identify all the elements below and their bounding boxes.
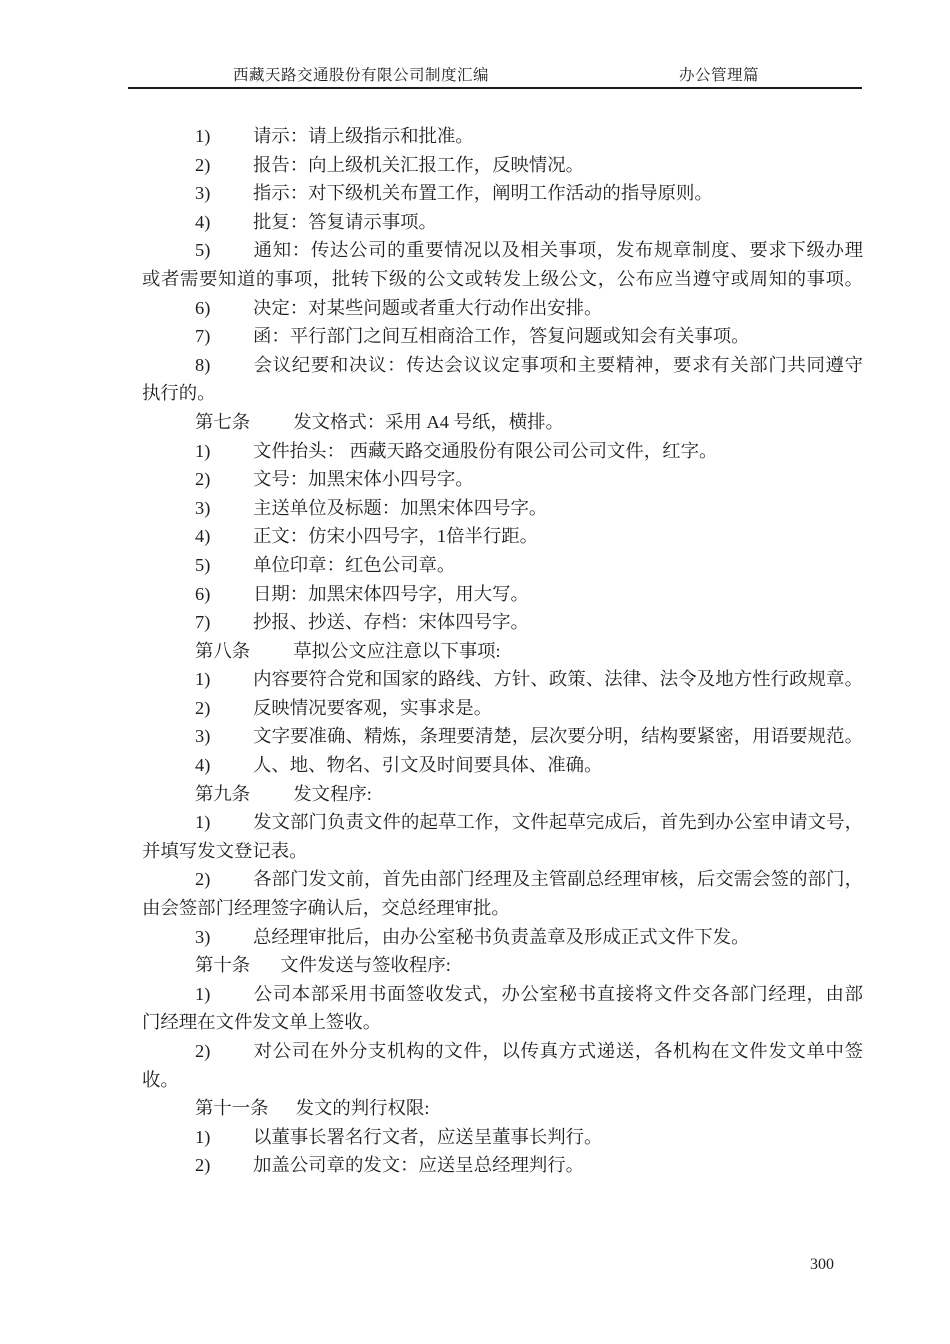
list-item-number: 3) <box>195 722 253 751</box>
line-text: 内容要符合党和国家的路线、方针、政策、法律、法令及地方性行政规章。 <box>253 669 863 689</box>
line-text: 执行的。 <box>142 383 216 403</box>
list-item-number: 7) <box>195 322 253 351</box>
list-item-line: 4)批复：答复请示事项。 <box>142 208 863 237</box>
list-item-line: 7)函：平行部门之间互相商洽工作，答复问题或知会有关事项。 <box>142 322 863 351</box>
line-text: 发文格式：采用 A4 号纸，横排。 <box>293 412 564 432</box>
list-item-number: 4) <box>195 751 253 780</box>
list-item-number: 2) <box>195 151 253 180</box>
line-text: 各部门发文前，首先由部门经理及主管副总经理审核，后交需会签的部门， <box>253 869 863 889</box>
list-item-line: 1)内容要符合党和国家的路线、方针、政策、法律、法令及地方性行政规章。 <box>142 665 863 694</box>
line-text: 加盖公司章的发文：应送呈总经理判行。 <box>253 1155 584 1175</box>
continuation-line: 执行的。 <box>142 379 863 408</box>
list-item-line: 3)主送单位及标题：加黑宋体四号字。 <box>142 494 863 523</box>
tab-spacer <box>250 656 293 657</box>
list-item-number: 6) <box>195 580 253 609</box>
tab-spacer <box>269 1113 296 1114</box>
article-label: 第十条 <box>195 955 250 975</box>
article-label: 第九条 <box>195 784 250 804</box>
article-heading-line: 第十条文件发送与签收程序: <box>142 951 863 980</box>
list-item-line: 2)文号：加黑宋体小四号字。 <box>142 465 863 494</box>
list-item-line: 1)以董事长署名行文者，应送呈董事长判行。 <box>142 1123 863 1152</box>
article-heading-line: 第八条草拟公文应注意以下事项: <box>142 637 863 666</box>
list-item-line: 2)各部门发文前，首先由部门经理及主管副总经理审核，后交需会签的部门， <box>142 865 863 894</box>
line-text: 会议纪要和决议：传达会议议定事项和主要精神，要求有关部门共同遵守 <box>253 355 863 375</box>
list-item-line: 4)正文：仿宋小四号字，1倍半行距。 <box>142 522 863 551</box>
line-text: 文号：加黑宋体小四号字。 <box>253 469 474 489</box>
line-text: 人、地、物名、引文及时间要具体、准确。 <box>253 755 602 775</box>
line-text: 日期：加黑宋体四号字，用大写。 <box>253 584 529 604</box>
line-text: 由会签部门经理签字确认后，交总经理审批。 <box>142 898 510 918</box>
continuation-line: 门经理在文件发文单上签收。 <box>142 1008 863 1037</box>
line-text: 或者需要知道的事项，批转下级的公文或转发上级公文，公布应当遵守或周知的事项。 <box>142 269 863 289</box>
article-heading-line: 第十一条发文的判行权限: <box>142 1094 863 1123</box>
article-label: 第十一条 <box>195 1098 269 1118</box>
line-text: 对公司在外分支机构的文件，以传真方式递送，各机构在文件发文单中签 <box>253 1041 863 1061</box>
continuation-line: 由会签部门经理签字确认后，交总经理审批。 <box>142 894 863 923</box>
line-text: 报告：向上级机关汇报工作，反映情况。 <box>253 155 584 175</box>
list-item-number: 4) <box>195 522 253 551</box>
list-item-line: 2)对公司在外分支机构的文件，以传真方式递送，各机构在文件发文单中签 <box>142 1037 863 1066</box>
page-header-section: 办公管理篇 <box>679 63 759 85</box>
line-text: 门经理在文件发文单上签收。 <box>142 1012 381 1032</box>
line-text: 总经理审批后，由办公室秘书负责盖章及形成正式文件下发。 <box>253 927 750 947</box>
line-text: 正文：仿宋小四号字，1倍半行距。 <box>253 526 538 546</box>
list-item-number: 2) <box>195 1037 253 1066</box>
list-item-line: 6)日期：加黑宋体四号字，用大写。 <box>142 580 863 609</box>
article-heading-line: 第七条发文格式：采用 A4 号纸，横排。 <box>142 408 863 437</box>
list-item-number: 8) <box>195 351 253 380</box>
list-item-number: 5) <box>195 551 253 580</box>
list-item-line: 3)指示：对下级机关布置工作，阐明工作活动的指导原则。 <box>142 179 863 208</box>
list-item-number: 6) <box>195 294 253 323</box>
list-item-number: 2) <box>195 865 253 894</box>
list-item-line: 8)会议纪要和决议：传达会议议定事项和主要精神，要求有关部门共同遵守 <box>142 351 863 380</box>
line-text: 抄报、抄送、存档：宋体四号字。 <box>253 612 529 632</box>
list-item-number: 3) <box>195 179 253 208</box>
continuation-line: 收。 <box>142 1066 863 1095</box>
list-item-line: 1)公司本部采用书面签收发式，办公室秘书直接将文件交各部门经理，由部 <box>142 980 863 1009</box>
list-item-line: 5)通知：传达公司的重要情况以及相关事项，发布规章制度、要求下级办理 <box>142 236 863 265</box>
header-divider-rule <box>128 87 862 89</box>
list-item-line: 2)加盖公司章的发文：应送呈总经理判行。 <box>142 1151 863 1180</box>
list-item-number: 1) <box>195 437 253 466</box>
line-text: 主送单位及标题：加黑宋体四号字。 <box>253 498 547 518</box>
list-item-line: 1)请示：请上级指示和批准。 <box>142 122 863 151</box>
list-item-number: 2) <box>195 1151 253 1180</box>
line-text: 并填写发文登记表。 <box>142 841 308 861</box>
tab-spacer <box>250 427 293 428</box>
document-body: 1)请示：请上级指示和批准。2)报告：向上级机关汇报工作，反映情况。3)指示：对… <box>142 122 863 1180</box>
list-item-number: 2) <box>195 465 253 494</box>
list-item-number: 1) <box>195 122 253 151</box>
line-text: 发文部门负责文件的起草工作，文件起草完成后，首先到办公室申请文号， <box>253 812 863 832</box>
list-item-line: 1)文件抬头： 西藏天路交通股份有限公司公司文件，红字。 <box>142 437 863 466</box>
list-item-number: 3) <box>195 923 253 952</box>
document-page: 西藏天路交通股份有限公司制度汇编 办公管理篇 1)请示：请上级指示和批准。2)报… <box>0 0 950 1344</box>
list-item-line: 4)人、地、物名、引文及时间要具体、准确。 <box>142 751 863 780</box>
article-label: 第七条 <box>195 412 250 432</box>
continuation-line: 或者需要知道的事项，批转下级的公文或转发上级公文，公布应当遵守或周知的事项。 <box>142 265 863 294</box>
list-item-number: 1) <box>195 980 253 1009</box>
line-text: 草拟公文应注意以下事项: <box>293 641 500 661</box>
article-label: 第八条 <box>195 641 250 661</box>
list-item-line: 6)决定：对某些问题或者重大行动作出安排。 <box>142 294 863 323</box>
line-text: 公司本部采用书面签收发式，办公室秘书直接将文件交各部门经理，由部 <box>253 984 863 1004</box>
line-text: 请示：请上级指示和批准。 <box>253 126 474 146</box>
article-heading-line: 第九条发文程序: <box>142 780 863 809</box>
list-item-number: 7) <box>195 608 253 637</box>
list-item-line: 5)单位印章：红色公司章。 <box>142 551 863 580</box>
line-text: 发文程序: <box>293 784 372 804</box>
list-item-number: 1) <box>195 808 253 837</box>
line-text: 通知：传达公司的重要情况以及相关事项，发布规章制度、要求下级办理 <box>253 240 863 260</box>
list-item-line: 7)抄报、抄送、存档：宋体四号字。 <box>142 608 863 637</box>
list-item-line: 1)发文部门负责文件的起草工作，文件起草完成后，首先到办公室申请文号， <box>142 808 863 837</box>
continuation-line: 并填写发文登记表。 <box>142 837 863 866</box>
list-item-number: 3) <box>195 494 253 523</box>
line-text: 发文的判行权限: <box>296 1098 430 1118</box>
line-text: 函：平行部门之间互相商洽工作，答复问题或知会有关事项。 <box>253 326 750 346</box>
page-number: 300 <box>810 1256 834 1274</box>
page-header-title: 西藏天路交通股份有限公司制度汇编 <box>233 63 489 85</box>
line-text: 指示：对下级机关布置工作，阐明工作活动的指导原则。 <box>253 183 713 203</box>
list-item-line: 2)反映情况要客观，实事求是。 <box>142 694 863 723</box>
list-item-number: 2) <box>195 694 253 723</box>
line-text: 批复：答复请示事项。 <box>253 212 437 232</box>
line-text: 决定：对某些问题或者重大行动作出安排。 <box>253 298 602 318</box>
tab-spacer <box>250 799 293 800</box>
list-item-number: 4) <box>195 208 253 237</box>
line-text: 以董事长署名行文者，应送呈董事长判行。 <box>253 1127 602 1147</box>
list-item-line: 3)文字要准确、精炼，条理要清楚，层次要分明，结构要紧密，用语要规范。 <box>142 722 863 751</box>
list-item-number: 1) <box>195 665 253 694</box>
line-text: 收。 <box>142 1070 179 1090</box>
list-item-line: 2)报告：向上级机关汇报工作，反映情况。 <box>142 151 863 180</box>
line-text: 反映情况要客观，实事求是。 <box>253 698 492 718</box>
line-text: 文字要准确、精炼，条理要清楚，层次要分明，结构要紧密，用语要规范。 <box>253 726 863 746</box>
list-item-number: 5) <box>195 236 253 265</box>
line-text: 文件抬头： 西藏天路交通股份有限公司公司文件，红字。 <box>253 441 717 461</box>
line-text: 单位印章：红色公司章。 <box>253 555 455 575</box>
tab-spacer <box>250 970 280 971</box>
line-text: 文件发送与签收程序: <box>280 955 451 975</box>
list-item-number: 1) <box>195 1123 253 1152</box>
list-item-line: 3)总经理审批后，由办公室秘书负责盖章及形成正式文件下发。 <box>142 923 863 952</box>
